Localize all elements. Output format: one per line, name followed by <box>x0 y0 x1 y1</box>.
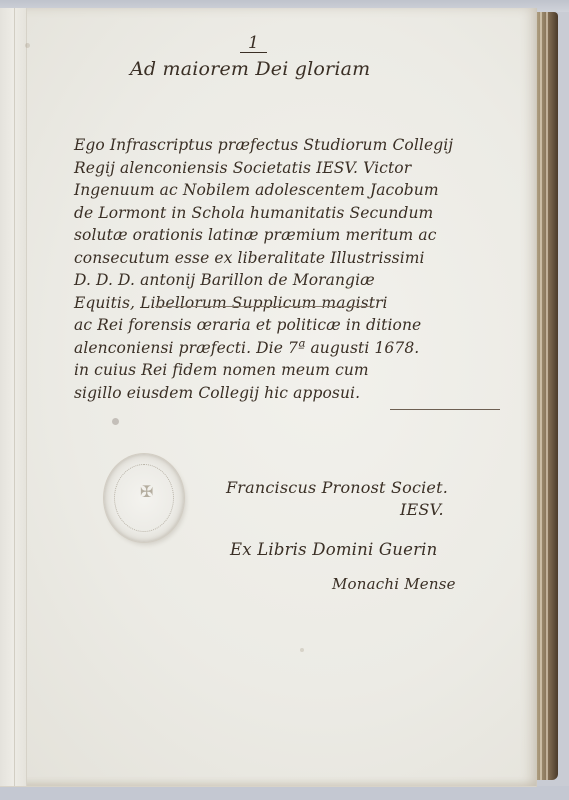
body-line: D. D. D. antonij Barillon de Morangiæ <box>74 271 514 294</box>
name-underline <box>155 306 375 307</box>
signature-order: IESV. <box>400 500 444 519</box>
paper-stain <box>112 418 119 425</box>
body-line: de Lormont in Schola humanitatis Secundu… <box>74 204 514 227</box>
body-line: sigillo eiusdem Collegij hic apposui. <box>74 384 514 407</box>
body-line: consecutum esse ex liberalitate Illustri… <box>74 249 514 272</box>
certificate-body: Ego Infrascriptus præfectus Studiorum Co… <box>74 136 514 406</box>
body-line: Regij alenconiensis Societatis IESV. Vic… <box>74 159 514 182</box>
ex-libris-line-1: Ex Libris Domini Guerin <box>230 540 437 559</box>
signature-name: Franciscus Pronost Societ. <box>226 478 448 497</box>
body-line: Ego Infrascriptus præfectus Studiorum Co… <box>74 136 514 159</box>
heading-invocation: Ad maiorem Dei gloriam <box>130 58 370 80</box>
paper-stain <box>25 43 30 48</box>
paper-stain <box>300 648 304 652</box>
page-edge-strip <box>546 12 548 780</box>
body-line: solutæ orationis latinæ præmium meritum … <box>74 226 514 249</box>
folio-number: 1 <box>240 34 267 53</box>
scan-background-bottom <box>0 786 569 800</box>
wax-seal: ✠ <box>104 454 184 542</box>
page-edge-strip <box>540 12 542 780</box>
body-line: Ingenuum ac Nobilem adolescentem Jacobum <box>74 181 514 204</box>
binding-gutter <box>0 8 27 786</box>
body-line: in cuius Rei fidem nomen meum cum <box>74 361 514 384</box>
cross-icon: ✠ <box>140 482 153 501</box>
manuscript-page: 1 Ad maiorem Dei gloriam Ego Infrascript… <box>0 8 537 787</box>
closing-flourish-line <box>390 409 500 410</box>
gutter-fold-line <box>14 8 15 786</box>
body-line: ac Rei forensis œraria et politicæ in di… <box>74 316 514 339</box>
ex-libris-line-2: Monachi Mense <box>332 575 456 593</box>
body-line: alenconiensi præfecti. Die 7ª augusti 16… <box>74 339 514 362</box>
body-line: Equitis, Libellorum Supplicum magistri <box>74 294 514 317</box>
